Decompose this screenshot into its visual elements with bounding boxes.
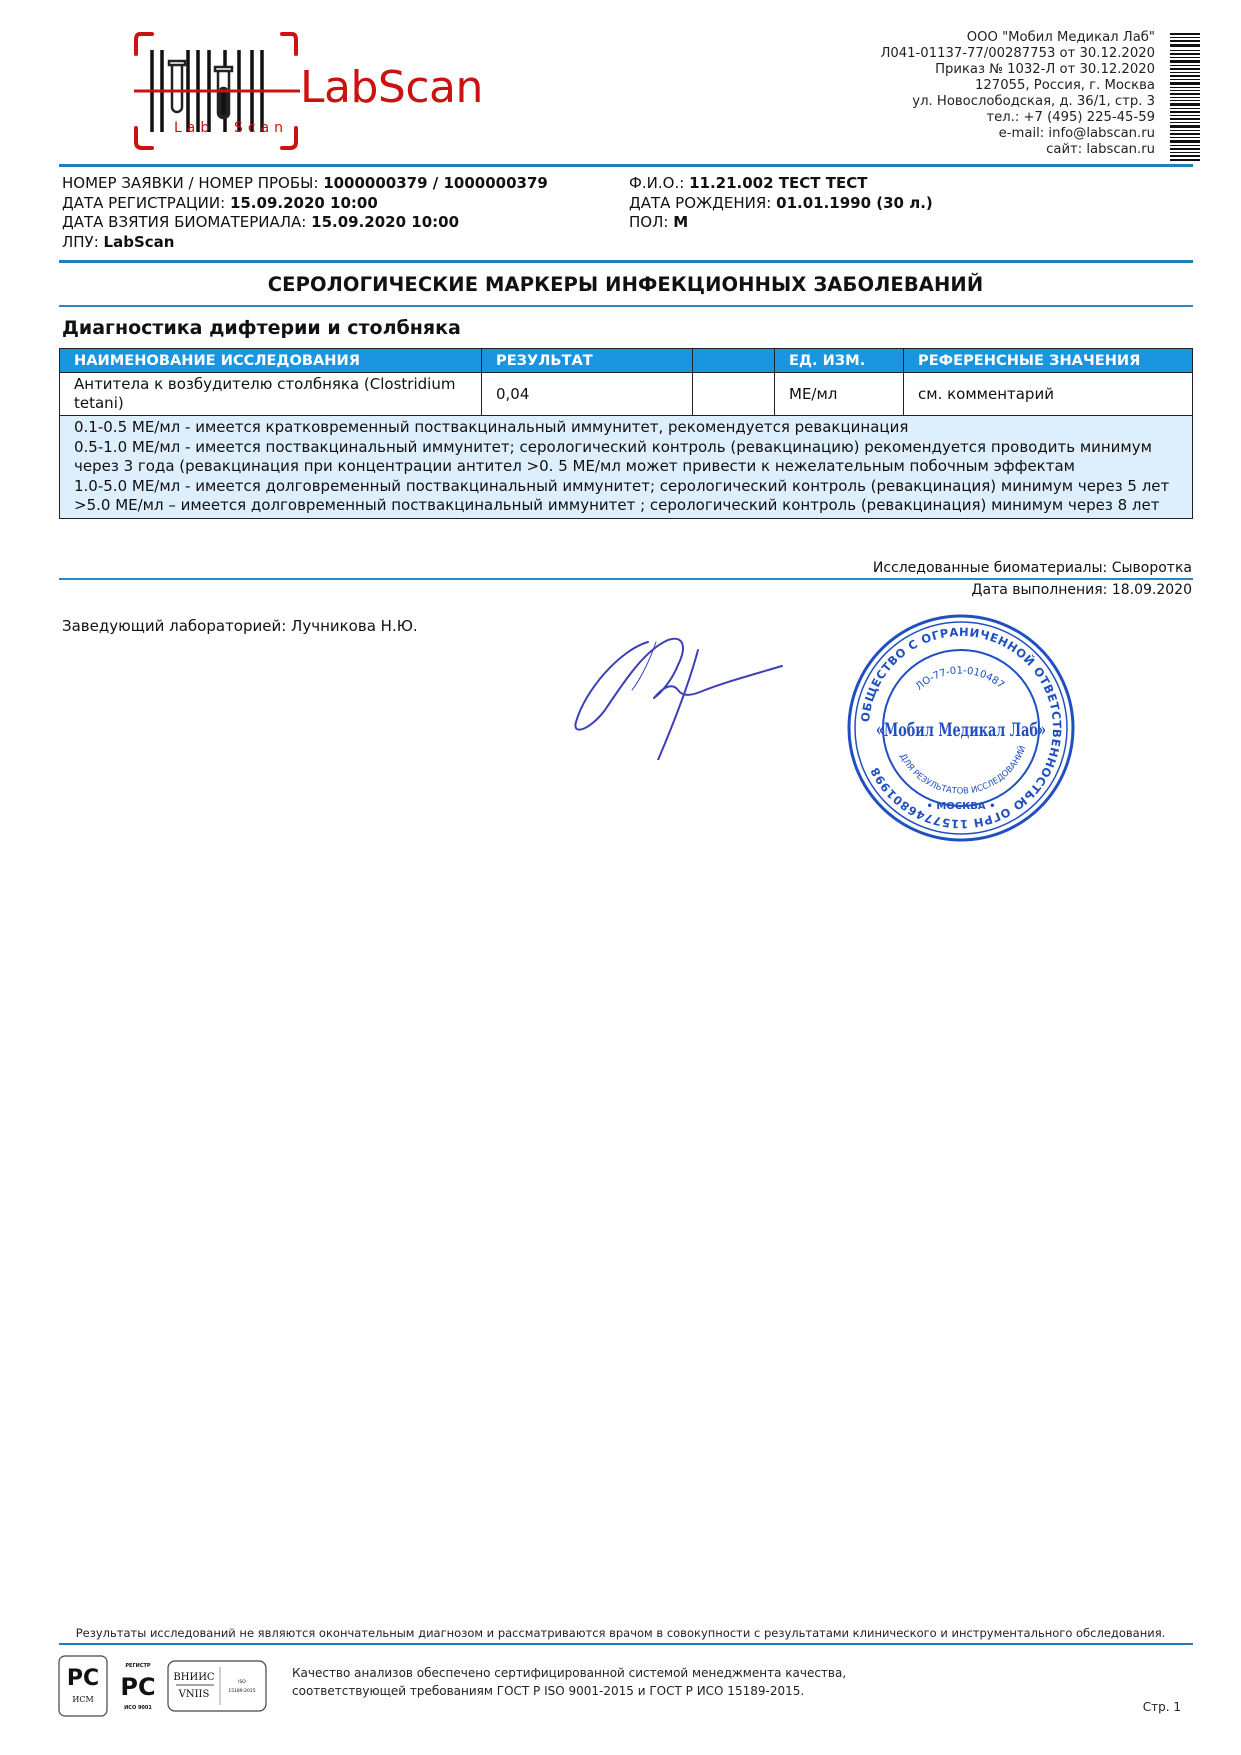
org-street: ул. Новослободская, д. 36/1, стр. 3 [880, 94, 1155, 110]
patient-name-row: Ф.И.О.: 11.21.002 ТЕСТ ТЕСТ [629, 174, 933, 194]
logo-brand-text: LabScan [300, 62, 483, 113]
biomaterial: Исследованные биоматериалы: Сыворотка [873, 560, 1192, 576]
stamp-city: • МОСКВА • [926, 801, 995, 812]
order-number-label: НОМЕР ЗАЯВКИ / НОМЕР ПРОБЫ: [62, 174, 318, 192]
svg-text:РС: РС [67, 1666, 99, 1691]
registration-date-label: ДАТА РЕГИСТРАЦИИ: [62, 194, 225, 212]
lpu-row: ЛПУ: LabScan [62, 233, 548, 253]
iso9001-label: ИСО 9001 [124, 1705, 152, 1711]
patient-name-label: Ф.И.О.: [629, 174, 684, 192]
signature-icon [550, 610, 800, 760]
barcode-icon [1170, 33, 1200, 161]
registr-label: РЕГИСТР [125, 1663, 151, 1669]
header-reference: РЕФЕРЕНСНЫЕ ЗНАЧЕНИЯ [904, 349, 1193, 373]
org-email: e-mail: info@labscan.ru [880, 126, 1155, 142]
cell-result: 0,04 [482, 373, 693, 416]
sex-value: М [673, 213, 688, 231]
rst-ism-label: ИСМ [72, 1695, 93, 1704]
completion-date: Дата выполнения: 18.09.2020 [972, 582, 1192, 598]
collection-date-row: ДАТА ВЗЯТИЯ БИОМАТЕРИАЛА: 15.09.2020 10:… [62, 213, 548, 233]
info-divider [59, 260, 1193, 263]
panel-subtitle: Диагностика дифтерии и столбняка [62, 317, 461, 339]
birth-date-label: ДАТА РОЖДЕНИЯ: [629, 194, 771, 212]
svg-text:ЛО-77-01-010487: ЛО-77-01-010487 [914, 665, 1006, 692]
company-stamp-icon: ОБЩЕСТВО С ОГРАНИЧЕННОЙ ОТВЕТСТВЕННОСТЬЮ… [845, 612, 1077, 844]
results-table: НАИМЕНОВАНИЕ ИССЛЕДОВАНИЯ РЕЗУЛЬТАТ ЕД. … [59, 348, 1193, 519]
lab-head-signer: Заведующий лабораторией: Лучникова Н.Ю. [62, 617, 418, 635]
registration-date-value: 15.09.2020 10:00 [230, 194, 378, 212]
registration-date-row: ДАТА РЕГИСТРАЦИИ: 15.09.2020 10:00 [62, 194, 548, 214]
org-license: Л041-01137-77/00287753 от 30.12.2020 [880, 46, 1155, 62]
quality-statement: Качество анализов обеспечено сертифициро… [292, 1664, 846, 1700]
header-flag [693, 349, 775, 373]
org-site: сайт: labscan.ru [880, 142, 1155, 158]
order-number-row: НОМЕР ЗАЯВКИ / НОМЕР ПРОБЫ: 1000000379 /… [62, 174, 548, 194]
iso-label: ISO [238, 1679, 246, 1685]
header-result: РЕЗУЛЬТАТ [482, 349, 693, 373]
reference-comment: 0.1-0.5 МЕ/мл - имеется кратковременный … [60, 416, 1193, 519]
biomaterial-divider [59, 578, 1193, 580]
stamp-center-text: «Мобил Медикал Лаб» [876, 719, 1046, 741]
lpu-value: LabScan [104, 233, 175, 251]
section-title: СЕРОЛОГИЧЕСКИЕ МАРКЕРЫ ИНФЕКЦИОННЫХ ЗАБО… [59, 273, 1192, 296]
comment-line: >5.0 МЕ/мл – имеется долговременный пост… [74, 496, 1182, 516]
org-order: Приказ № 1032-Л от 30.12.2020 [880, 62, 1155, 78]
page-number: Стр. 1 [1143, 1700, 1181, 1714]
labscan-logo: Lab Scan LabScan [132, 28, 502, 153]
certification-logos: РС ИСМ РЕГИСТР РС ИСО 9001 ВНИИС VNIIS I… [58, 1655, 268, 1719]
sex-row: ПОЛ: М [629, 213, 933, 233]
table-row: Антитела к возбудителю столбняка (Clostr… [60, 373, 1193, 416]
collection-date-label: ДАТА ВЗЯТИЯ БИОМАТЕРИАЛА: [62, 213, 306, 231]
header-unit: ЕД. ИЗМ. [775, 349, 904, 373]
patient-info-right: Ф.И.О.: 11.21.002 ТЕСТ ТЕСТ ДАТА РОЖДЕНИ… [629, 174, 933, 233]
section-divider [59, 305, 1193, 307]
org-name: ООО "Мобил Медикал Лаб" [880, 30, 1155, 46]
collection-date-value: 15.09.2020 10:00 [311, 213, 459, 231]
order-number-value: 1000000379 / 1000000379 [323, 174, 548, 192]
organization-info: ООО "Мобил Медикал Лаб" Л041-01137-77/00… [880, 30, 1155, 158]
header-divider [59, 164, 1193, 167]
sex-label: ПОЛ: [629, 213, 668, 231]
vniis-en-label: VNIIS [178, 1689, 210, 1700]
lpu-label: ЛПУ: [62, 233, 99, 251]
org-phone: тел.: +7 (495) 225-45-59 [880, 110, 1155, 126]
footer-disclaimer: Результаты исследований не являются окон… [0, 1626, 1241, 1640]
table-header-row: НАИМЕНОВАНИЕ ИССЛЕДОВАНИЯ РЕЗУЛЬТАТ ЕД. … [60, 349, 1193, 373]
order-info-left: НОМЕР ЗАЯВКИ / НОМЕР ПРОБЫ: 1000000379 /… [62, 174, 548, 252]
certification-logos-icon: РС ИСМ РЕГИСТР РС ИСО 9001 ВНИИС VNIIS I… [58, 1655, 268, 1719]
cell-flag [693, 373, 775, 416]
vniis-ru-label: ВНИИС [173, 1672, 215, 1683]
birth-date-row: ДАТА РОЖДЕНИЯ: 01.01.1990 (30 л.) [629, 194, 933, 214]
logo-small-text-left: Lab [174, 120, 214, 136]
svg-text:РС: РС [120, 1673, 155, 1701]
logo-small-text-right: Scan [234, 120, 288, 136]
patient-name-value: 11.21.002 ТЕСТ ТЕСТ [689, 174, 867, 192]
comment-line: 0.5-1.0 МЕ/мл - имеется поствакцинальный… [74, 438, 1182, 477]
iso-number: 15189:2015 [228, 1688, 255, 1694]
header-test-name: НАИМЕНОВАНИЕ ИССЛЕДОВАНИЯ [60, 349, 482, 373]
stamp-license: ЛО-77-01-010487 [914, 665, 1006, 692]
comment-row: 0.1-0.5 МЕ/мл - имеется кратковременный … [60, 416, 1193, 519]
quality-line-1: Качество анализов обеспечено сертифициро… [292, 1664, 846, 1682]
cell-unit: МЕ/мл [775, 373, 904, 416]
org-city: 127055, Россия, г. Москва [880, 78, 1155, 94]
comment-line: 0.1-0.5 МЕ/мл - имеется кратковременный … [74, 418, 1182, 438]
cell-reference: см. комментарий [904, 373, 1193, 416]
cell-test-name: Антитела к возбудителю столбняка (Clostr… [60, 373, 482, 416]
comment-line: 1.0-5.0 МЕ/мл - имеется долговременный п… [74, 477, 1182, 497]
quality-line-2: соответствующей требованиям ГОСТ Р ISO 9… [292, 1682, 846, 1700]
footer-divider [59, 1643, 1193, 1645]
birth-date-value: 01.01.1990 (30 л.) [776, 194, 933, 212]
